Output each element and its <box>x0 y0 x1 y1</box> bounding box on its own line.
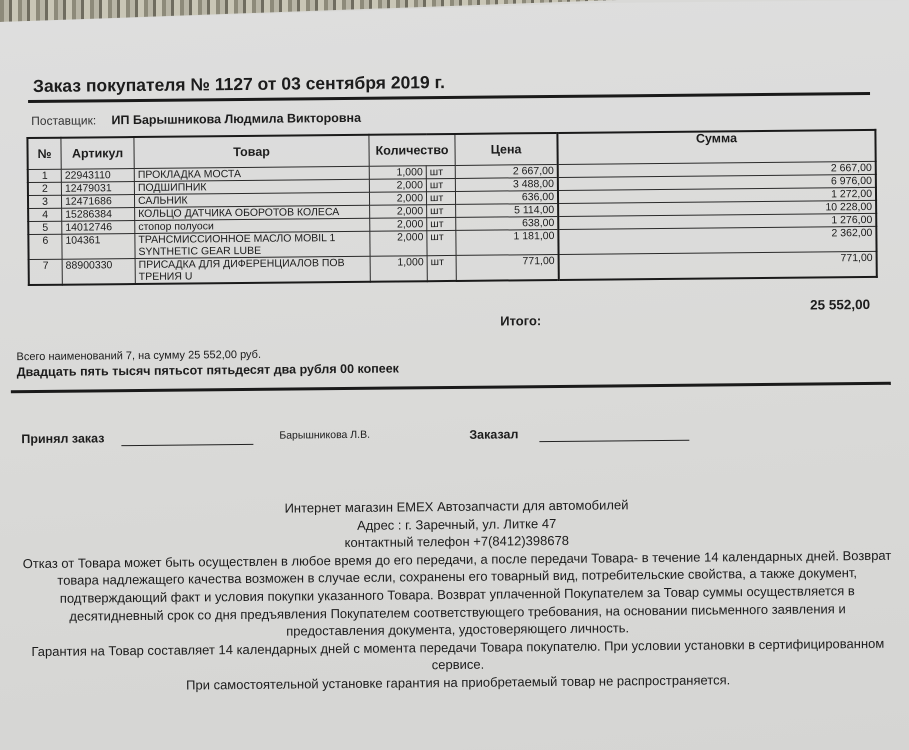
row-unit: шт <box>426 165 455 178</box>
row-no: 5 <box>28 221 62 234</box>
accepted-signature-line <box>121 444 253 446</box>
row-price: 636,00 <box>455 190 558 204</box>
row-price: 3 488,00 <box>455 177 558 191</box>
summary-divider <box>11 382 891 393</box>
row-qty: 1,000 <box>370 256 427 282</box>
row-article: 15286384 <box>62 208 135 222</box>
row-article: 14012746 <box>62 221 135 235</box>
row-price: 5 114,00 <box>456 203 559 217</box>
row-product: ПРИСАДКА ДЛЯ ДИФЕРЕНЦИАЛОВ ПОВ ТРЕНИЯ U <box>135 256 370 284</box>
header-price: Цена <box>455 133 558 165</box>
total-value: 25 552,00 <box>810 297 870 313</box>
ordered-signature-line <box>539 440 689 442</box>
row-qty: 2,000 <box>369 179 426 193</box>
row-qty: 2,000 <box>370 205 427 219</box>
row-price: 771,00 <box>456 254 559 280</box>
supplier-label: Поставщик: <box>31 113 96 128</box>
return-policy: Отказ от Товара может быть осуществлен в… <box>22 547 893 643</box>
row-price: 1 181,00 <box>456 229 559 255</box>
row-no: 7 <box>29 259 63 285</box>
row-price: 2 667,00 <box>455 164 558 178</box>
header-quantity: Количество <box>369 134 455 166</box>
row-product: ТРАНСМИССИОННОЕ МАСЛО MOBIL 1 SYNTHETIC … <box>135 231 370 258</box>
amount-in-words: Двадцать пять тысяч пятьсот пятьдесят дв… <box>17 361 399 379</box>
row-sum: 771,00 <box>559 251 877 280</box>
supplier-line: Поставщик: ИП Барышникова Людмила Виктор… <box>31 111 361 128</box>
document-title: Заказ покупателя № 1127 от 03 сентября 2… <box>33 72 445 97</box>
row-price: 638,00 <box>456 216 559 230</box>
header-article: Артикул <box>61 137 134 169</box>
row-qty: 2,000 <box>370 231 427 257</box>
header-sum: Сумма <box>557 130 875 165</box>
ordered-label: Заказал <box>469 427 518 441</box>
row-qty: 2,000 <box>369 192 426 206</box>
row-unit: шт <box>427 255 456 281</box>
order-document: Заказ покупателя № 1127 от 03 сентября 2… <box>0 0 909 750</box>
row-unit: шт <box>426 178 455 191</box>
supplier-name: ИП Барышникова Людмила Викторовна <box>111 111 361 127</box>
row-unit: шт <box>426 191 455 204</box>
items-table: № Артикул Товар Количество Цена Сумма 12… <box>26 129 877 286</box>
row-unit: шт <box>427 230 456 255</box>
row-article: 22943110 <box>61 169 134 183</box>
accepted-name: Барышникова Л.В. <box>279 429 370 442</box>
row-unit: шт <box>427 217 456 230</box>
row-article: 12471686 <box>61 195 134 209</box>
row-article: 104361 <box>62 234 135 260</box>
row-no: 6 <box>28 234 62 259</box>
row-article: 12479031 <box>61 182 134 196</box>
row-sum: 2 362,00 <box>558 226 876 254</box>
row-article: 88900330 <box>62 259 135 285</box>
footer: Интернет магазин EMEX Автозапчасти для а… <box>2 494 909 696</box>
accepted-label: Принял заказ <box>21 431 104 446</box>
paper-sheet: Заказ покупателя № 1127 от 03 сентября 2… <box>0 0 909 750</box>
row-qty: 2,000 <box>370 218 427 232</box>
header-product: Товар <box>134 135 369 169</box>
items-count-summary: Всего наименований 7, на сумму 25 552,00… <box>16 349 261 363</box>
row-no: 3 <box>28 195 62 208</box>
total-label: Итого: <box>500 313 541 328</box>
header-no: № <box>27 138 61 170</box>
row-no: 4 <box>28 208 62 221</box>
row-no: 1 <box>28 169 62 182</box>
row-qty: 1,000 <box>369 166 426 180</box>
row-no: 2 <box>28 182 62 195</box>
row-unit: шт <box>427 204 456 217</box>
